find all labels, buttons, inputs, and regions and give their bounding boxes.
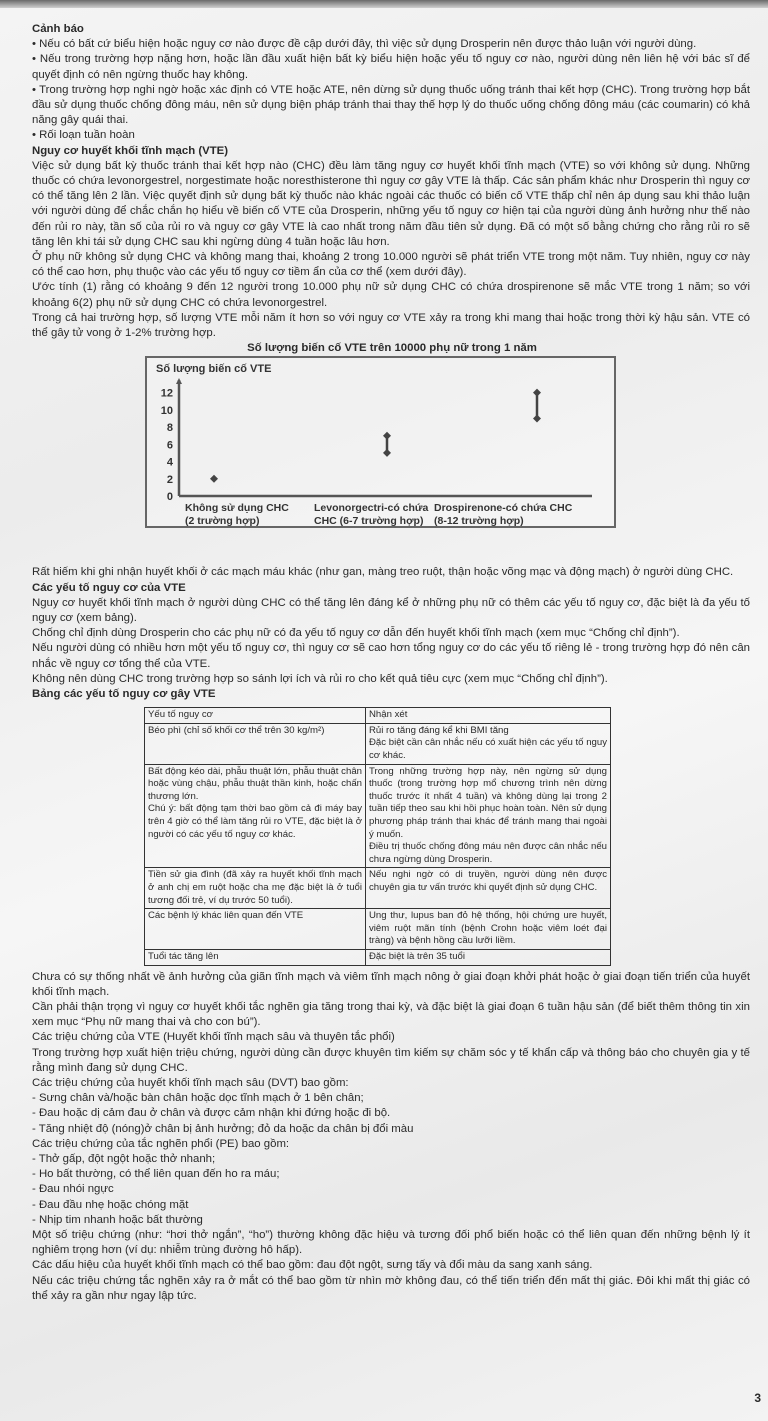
page-top-edge — [0, 0, 768, 8]
risk-factor-cell: Bất động kéo dài, phẫu thuật lớn, phẫu t… — [145, 764, 366, 868]
cell-line: Điều trị thuốc chống đông máu nên được c… — [369, 841, 607, 866]
comment-cell: Rủi ro tăng đáng kể khi BMI tăngĐặc biệt… — [366, 723, 611, 764]
chart-plot: Số lượng biến cố VTE024681012Không sử dụ… — [147, 358, 614, 526]
cell-line: Rủi ro tăng đáng kể khi BMI tăng — [369, 725, 607, 738]
y-tick-label: 2 — [167, 474, 173, 486]
symptom-paragraph: Cần phải thận trọng vì nguy cơ huyết khố… — [32, 1000, 750, 1030]
x-category-label: Levonorgectri-có chứa — [314, 502, 429, 514]
warning-bullet: • Nếu trong trường hợp nặng hơn, hoặc lầ… — [32, 52, 750, 82]
y-axis-arrow-icon — [176, 378, 182, 384]
document-content: Cảnh báo • Nếu có bất cứ biểu hiện hoặc … — [32, 22, 750, 1304]
y-tick-label: 8 — [167, 423, 173, 435]
symptom-paragraph: Các triệu chứng của tắc nghẽn phổi (PE) … — [32, 1137, 750, 1152]
vte-paragraph: Ở phụ nữ không sử dụng CHC và không mang… — [32, 250, 750, 280]
range-high-marker — [383, 432, 391, 440]
symptom-paragraph: - Tăng nhiệt độ (nóng)ở chân bị ảnh hưởn… — [32, 1122, 750, 1137]
warning-bullet: • Rối loạn tuần hoàn — [32, 128, 750, 143]
risk-paragraph: Nguy cơ huyết khối tĩnh mạch ở người dùn… — [32, 596, 750, 626]
symptom-paragraph: - Ho bất thường, có thể liên quan đến ho… — [32, 1167, 750, 1182]
y-tick-label: 10 — [161, 405, 173, 417]
risk-factor-cell: Các bệnh lý khác liên quan đến VTE — [145, 909, 366, 950]
symptom-paragraph: Các triệu chứng của VTE (Huyết khối tĩnh… — [32, 1030, 750, 1045]
symptom-paragraph: Nếu các triệu chứng tắc nghẽn xảy ra ở m… — [32, 1274, 750, 1304]
y-tick-label: 4 — [167, 457, 174, 469]
risk-factor-cell: Tuổi tác tăng lên — [145, 949, 366, 965]
cell-line: Trong những trường hợp này, nên ngừng sử… — [369, 766, 607, 842]
x-category-label: (8-12 trường hợp) — [434, 515, 524, 526]
cell-line: Béo phì (chỉ số khối cơ thể trên 30 kg/m… — [148, 725, 362, 738]
symptom-paragraph: - Sưng chân và/hoặc bàn chân hoặc dọc tĩ… — [32, 1091, 750, 1106]
x-category-label: Không sử dụng CHC — [185, 502, 289, 514]
symptom-paragraph: - Đau đầu nhẹ hoặc chóng mặt — [32, 1198, 750, 1213]
symptom-paragraph: - Đau hoặc dị cảm đau ở chân và được cảm… — [32, 1106, 750, 1121]
vte-paragraph: Ước tính (1) rằng có khoảng 9 đến 12 ngư… — [32, 280, 750, 310]
symptom-paragraph: Các dấu hiệu của huyết khối tĩnh mạch có… — [32, 1258, 750, 1273]
symptom-paragraph: Một số triệu chứng (như: “hơi thở ngắn”,… — [32, 1228, 750, 1258]
cell-line: Bất động kéo dài, phẫu thuật lớn, phẫu t… — [148, 766, 362, 804]
table-header-cell: Nhận xét — [366, 708, 611, 724]
warning-bullet: • Nếu có bất cứ biểu hiện hoặc nguy cơ n… — [32, 37, 750, 52]
symptom-paragraph: - Nhịp tim nhanh hoặc bất thường — [32, 1213, 750, 1228]
table-row: Bất động kéo dài, phẫu thuật lớn, phẫu t… — [145, 764, 611, 868]
risk-factor-cell: Béo phì (chỉ số khối cơ thể trên 30 kg/m… — [145, 723, 366, 764]
symptom-paragraph: Chưa có sự thống nhất về ảnh hưởng của g… — [32, 970, 750, 1000]
document-page: Cảnh báo • Nếu có bất cứ biểu hiện hoặc … — [0, 0, 768, 1421]
comment-cell: Đặc biệt là trên 35 tuổi — [366, 949, 611, 965]
y-tick-label: 0 — [167, 491, 173, 503]
y-tick-label: 6 — [167, 440, 173, 452]
table-header-cell: Yếu tố nguy cơ — [145, 708, 366, 724]
risk-paragraph: Nếu người dùng có nhiều hơn một yếu tố n… — [32, 641, 750, 671]
vte-paragraph: Việc sử dụng bất kỳ thuốc tránh thai kết… — [32, 159, 750, 250]
vte-heading: Nguy cơ huyết khối tĩnh mạch (VTE) — [32, 144, 750, 159]
risk-paragraph: Không nên dùng CHC trong trường hợp so s… — [32, 672, 750, 687]
page-number: 3 — [754, 1391, 761, 1405]
y-tick-label: 12 — [161, 388, 173, 400]
range-low-marker — [533, 415, 541, 423]
cell-line: Các bệnh lý khác liên quan đến VTE — [148, 910, 362, 923]
symptom-paragraph: - Thở gấp, đột ngột hoặc thở nhanh; — [32, 1152, 750, 1167]
table-row: Các bệnh lý khác liên quan đến VTEUng th… — [145, 909, 611, 950]
x-category-label: Drospirenone-có chứa CHC — [434, 502, 573, 514]
vte-paragraph: Trong cả hai trường hợp, số lượng VTE mỗ… — [32, 311, 750, 341]
symptom-paragraph: Các triệu chứng của huyết khối tĩnh mạch… — [32, 1076, 750, 1091]
cell-line: Đặc biệt cần cân nhắc nếu có xuất hiện c… — [369, 737, 607, 762]
x-category-label: (2 trường hợp) — [185, 515, 259, 526]
warnings-heading: Cảnh báo — [32, 22, 750, 37]
cell-line: Đặc biệt là trên 35 tuổi — [369, 951, 607, 964]
risk-paragraph: Chống chỉ định dùng Drosperin cho các ph… — [32, 626, 750, 641]
comment-cell: Trong những trường hợp này, nên ngừng sử… — [366, 764, 611, 868]
y-axis-label: Số lượng biến cố VTE — [156, 363, 271, 375]
risk-factors-heading: Các yếu tố nguy cơ của VTE — [32, 581, 750, 596]
x-category-label: CHC (6-7 trường hợp) — [314, 515, 423, 526]
table-row: Béo phì (chỉ số khối cơ thể trên 30 kg/m… — [145, 723, 611, 764]
chart-title: Số lượng biến cố VTE trên 10000 phụ nữ t… — [32, 341, 750, 356]
comment-cell: Nếu nghi ngờ có di truyền, người dùng nê… — [366, 868, 611, 909]
cell-line: Nếu nghi ngờ có di truyền, người dùng nê… — [369, 869, 607, 894]
after-chart-paragraph: Rất hiếm khi ghi nhận huyết khối ở các m… — [32, 565, 750, 580]
warning-bullet: • Trong trường hợp nghi ngờ hoặc xác địn… — [32, 83, 750, 129]
risk-factor-cell: Tiền sử gia đình (đã xảy ra huyết khối t… — [145, 868, 366, 909]
symptoms-section: Chưa có sự thống nhất về ảnh hưởng của g… — [32, 970, 750, 1304]
range-low-marker — [383, 449, 391, 457]
symptom-paragraph: Trong trường hợp xuất hiện triệu chứng, … — [32, 1046, 750, 1076]
risk-table-heading: Bảng các yếu tố nguy cơ gây VTE — [32, 687, 750, 702]
table-row: Tiền sử gia đình (đã xảy ra huyết khối t… — [145, 868, 611, 909]
risk-factor-table: Yếu tố nguy cơNhận xétBéo phì (chỉ số kh… — [144, 707, 611, 965]
cell-line: Tuổi tác tăng lên — [148, 951, 362, 964]
range-high-marker — [533, 389, 541, 397]
data-point-marker — [210, 475, 218, 483]
table-row: Tuổi tác tăng lênĐặc biệt là trên 35 tuổ… — [145, 949, 611, 965]
symptom-paragraph: - Đau nhói ngực — [32, 1182, 750, 1197]
comment-cell: Ung thư, lupus ban đỏ hệ thống, hội chứn… — [366, 909, 611, 950]
cell-line: Ung thư, lupus ban đỏ hệ thống, hội chứn… — [369, 910, 607, 948]
table-header-row: Yếu tố nguy cơNhận xét — [145, 708, 611, 724]
cell-line: Chú ý: bất động tạm thời bao gồm cả đi m… — [148, 803, 362, 841]
cell-line: Tiền sử gia đình (đã xảy ra huyết khối t… — [148, 869, 362, 907]
vte-range-chart: Số lượng biến cố VTE024681012Không sử dụ… — [145, 356, 616, 528]
